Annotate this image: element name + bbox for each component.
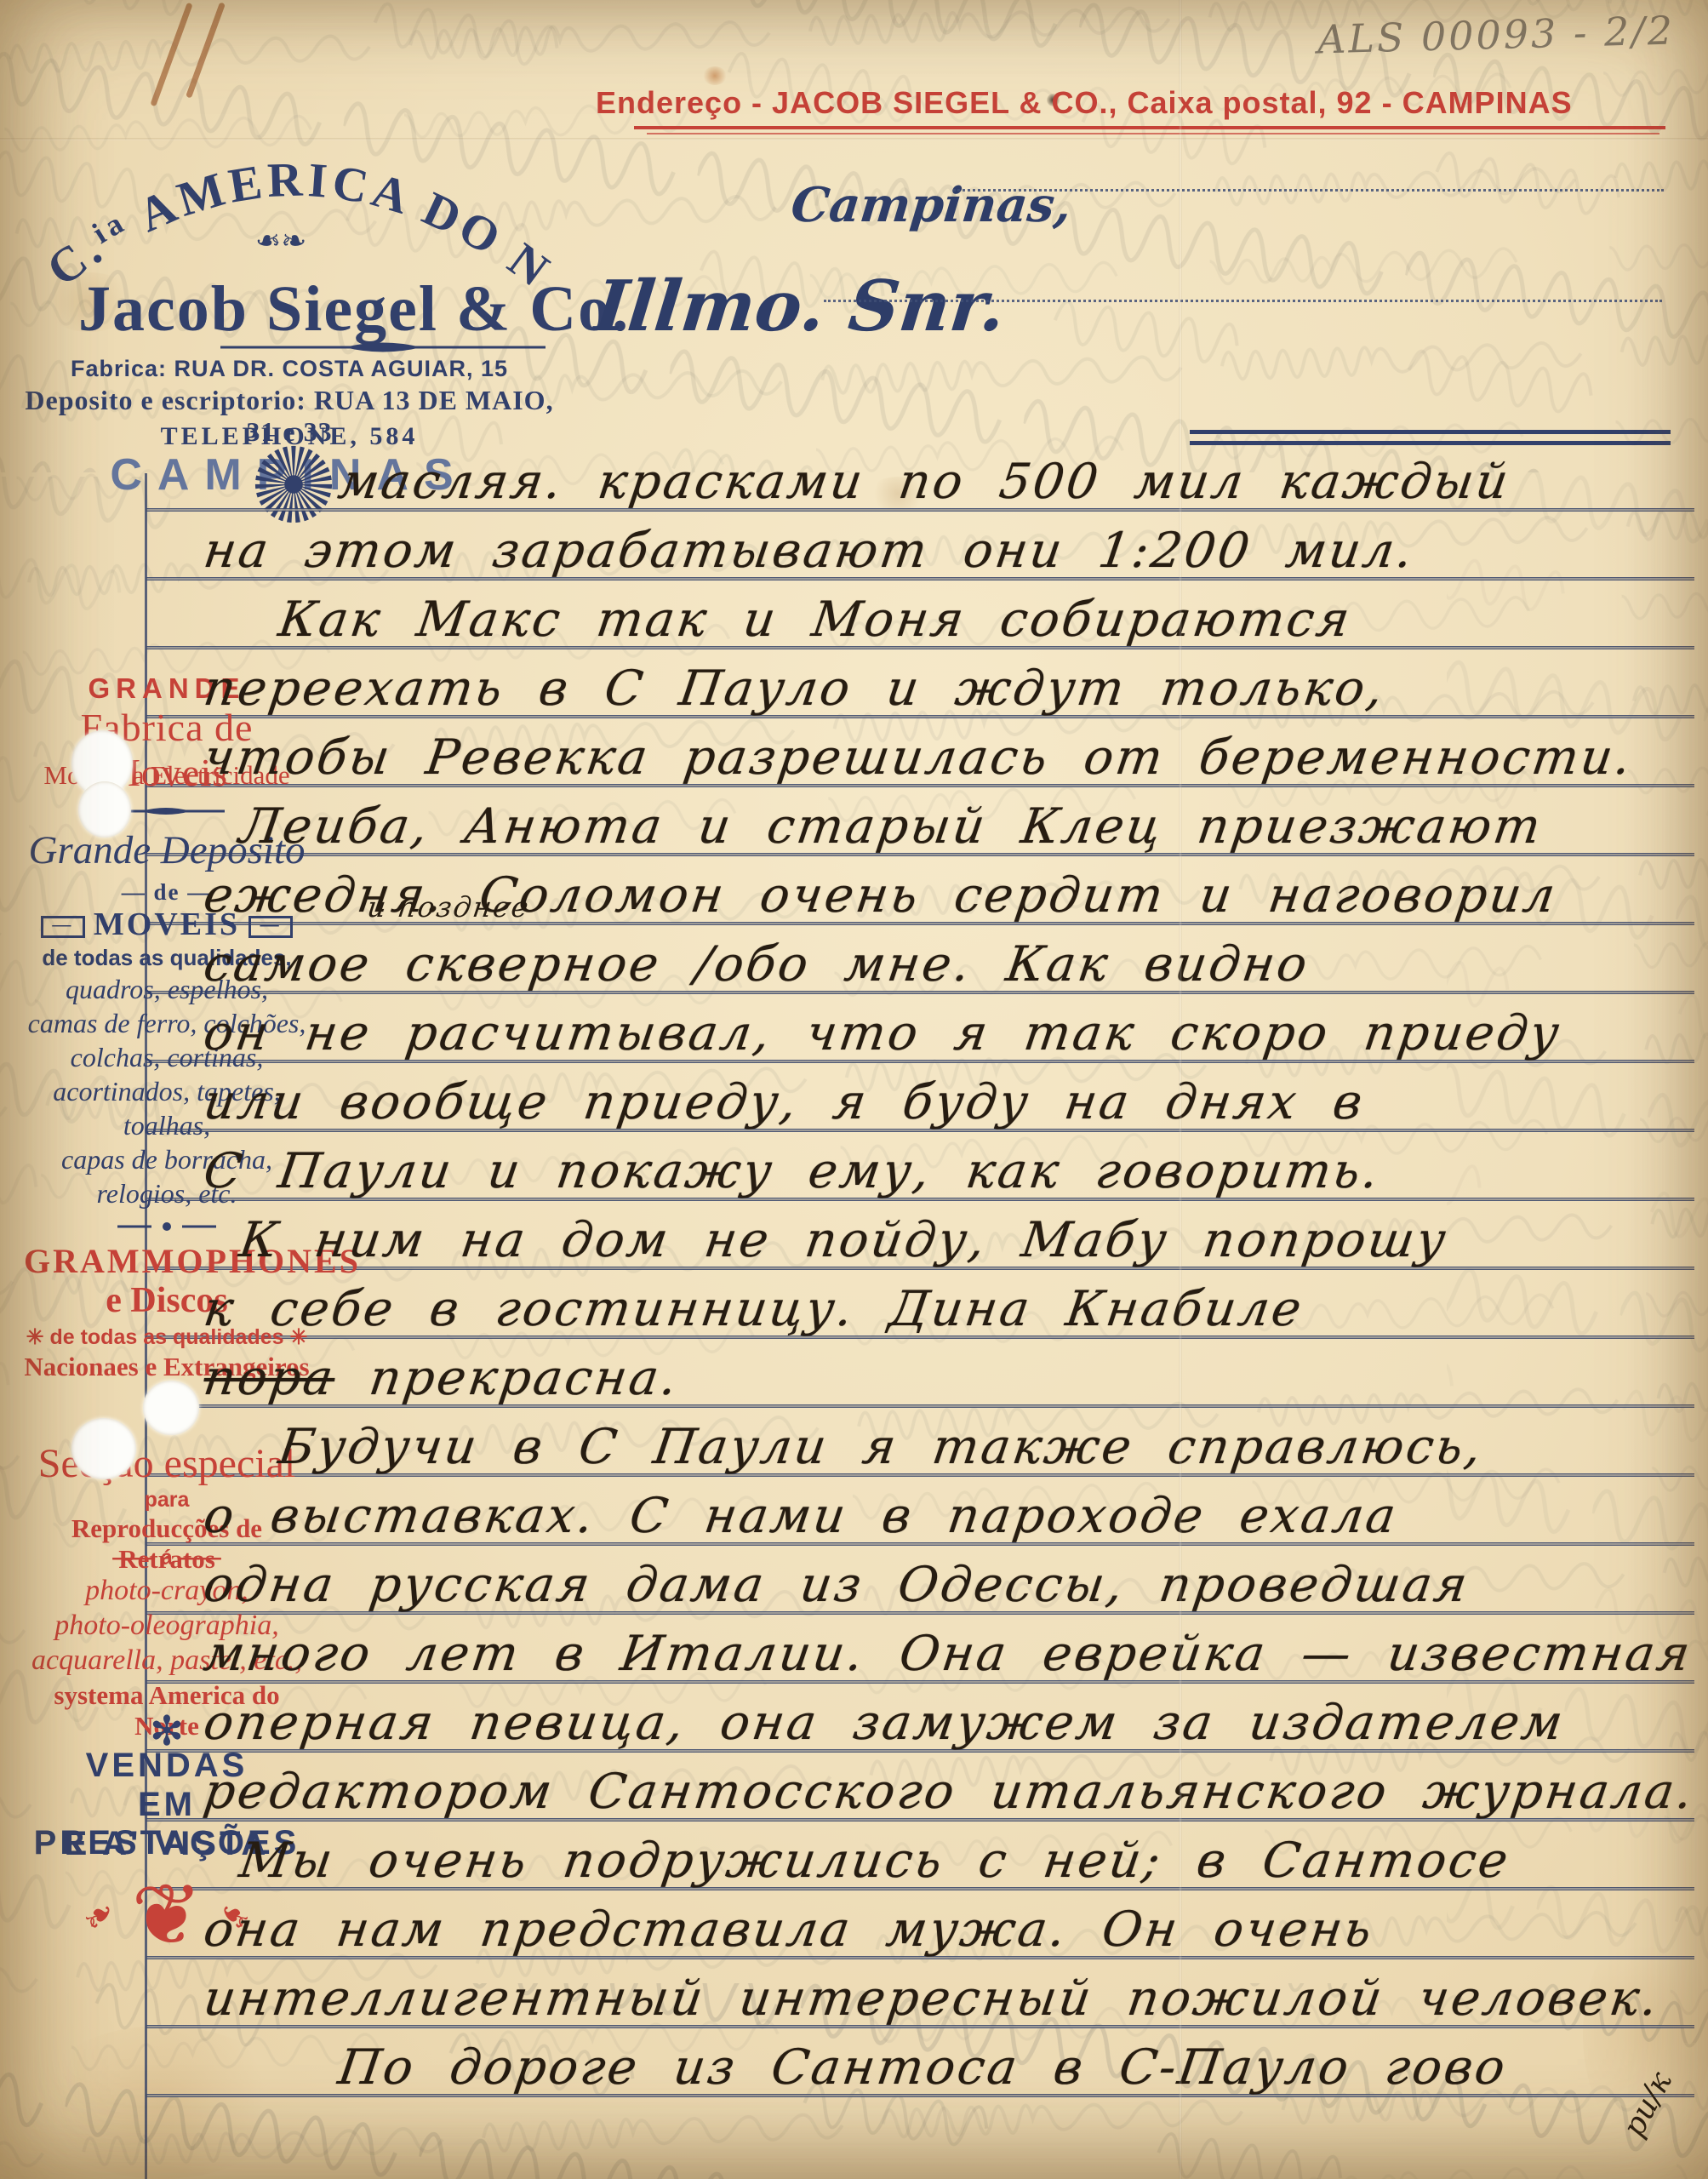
- sidebar-grande: GRANDE: [24, 672, 310, 705]
- sidebar-list-item: camas de ferro, colchões,: [24, 1008, 310, 1039]
- fleuron-left: ❧: [255, 226, 281, 257]
- sidebar-nacionaes: Nacionaes e Extrangeiros: [24, 1352, 310, 1382]
- svg-text:C.ia AMERICA DO NORTE: C.ia AMERICA DO NORTE: [43, 95, 553, 300]
- address-underline: [634, 126, 1665, 129]
- letter-line: на этом зарабатывают они 1:200 мил.: [200, 523, 1418, 579]
- letter-line: К ним на дом не пойду, Мабу попрошу: [236, 1212, 1451, 1268]
- letter-line: переехать в С Пауло и ждут только,: [200, 661, 1389, 717]
- age-stain: [868, 477, 928, 511]
- letter-line: оперная певица, она замужем за издателем: [200, 1695, 1568, 1751]
- letter-line: много лет в Италии. Она еврейка — извест…: [200, 1626, 1695, 1682]
- letter-line: С Паули и покажу ему, как говорить.: [200, 1143, 1384, 1199]
- catalog-annotation: ALS 00093 - 2/2: [1317, 8, 1675, 63]
- box-ornament-right: —: [248, 916, 293, 938]
- age-stain: [703, 66, 727, 85]
- floral-curl-left: ❧: [76, 1892, 124, 1941]
- sidebar-grande-deposito: Grande Deposito: [24, 827, 310, 873]
- sidebar-e-discos: e Discos: [24, 1280, 310, 1321]
- sidebar-de: — de —: [24, 879, 310, 906]
- salutation-dotted-line: [824, 300, 1662, 302]
- hole-punch: [71, 1418, 136, 1479]
- letter-line: или вообще приеду, я буду на днях в: [200, 1074, 1368, 1130]
- catchword-mark: ри/к: [1616, 2067, 1679, 2143]
- letter-line: По дороге из Сантоса в С-Пауло гово: [334, 2039, 1511, 2096]
- interline-insertion: и позднее: [365, 890, 532, 924]
- letter-line: интеллигентный интересный пожилой челове…: [200, 1970, 1663, 2027]
- letter-line: она нам представила мужа. Он очень: [200, 1902, 1377, 1958]
- sidebar-discos-qualidades: ✳ de todas as qualidades ✳: [24, 1324, 310, 1350]
- age-stain: [34, 2026, 289, 2179]
- sidebar-a-label: —— á ——: [24, 1546, 310, 1570]
- letter-line: самое скверное /обо мне. Как видно: [200, 936, 1312, 992]
- box-ornament-left: —: [41, 916, 85, 938]
- top-double-rule: [1190, 430, 1671, 445]
- sidebar-grammophones: GRAMMOPHONES: [24, 1241, 310, 1281]
- company-name: Jacob Siegel & Co.: [78, 272, 630, 346]
- sidebar-photo-item: photo-oleographia,: [24, 1610, 310, 1642]
- sidebar-moveis-label: MOVEIS: [94, 906, 240, 942]
- sidebar-movida-electricidade: Movida a Electricidade: [24, 760, 310, 791]
- sunburst-ornament: [252, 443, 335, 526]
- sidebar-list-item: quadros, espelhos,: [24, 974, 310, 1005]
- letter-line: к себе в гостинницу. Дина Кнабиле: [200, 1281, 1307, 1337]
- hole-punch: [143, 1381, 199, 1435]
- sidebar-para: para: [24, 1488, 310, 1513]
- sidebar-moveis: —MOVEIS—: [24, 906, 310, 943]
- asterisk-ornament: ✻: [24, 1711, 310, 1752]
- sidebar-list-item: relogios, etc.: [24, 1178, 310, 1210]
- letter-page: ALS 00093 - 2/2 Endereço - JACOB SIEGEL …: [0, 0, 1708, 2179]
- sidebar-vendas-vista: E A' VISTA: [24, 1825, 310, 1863]
- sidebar-photo-item: acquarella, pastel, etc.,: [24, 1644, 310, 1677]
- sidebar-list-item: capas de borracha,: [24, 1144, 310, 1175]
- letter-line: редактором Сантосского итальянского журн…: [200, 1764, 1698, 1820]
- sidebar-qualidades: de todas as qualidades,: [24, 945, 310, 971]
- sidebar-list-item: acortinados, tapetes,: [24, 1076, 310, 1107]
- fabrica-line: Fabrica: RUA DR. COSTA AGUIAR, 15: [26, 356, 553, 382]
- sidebar-photo-item: photo-crayon,: [24, 1575, 310, 1607]
- fleuron-right: ❧: [281, 226, 306, 257]
- crease-mark: [186, 2, 226, 98]
- fleuron-ornament: ❧❧: [255, 226, 306, 257]
- letter-line: чтобы Ревекка разрешилась от беременност…: [200, 729, 1637, 786]
- floral-ornament: ❧❦❧: [24, 1873, 310, 1958]
- sidebar-seccao-especial: Secção especial: [24, 1440, 310, 1487]
- date-label: Campinas,: [789, 177, 1074, 233]
- letter-line: одна русская дама из Одессы, проведшая: [200, 1557, 1472, 1613]
- postal-address-line: Endereço - JACOB SIEGEL & CO., Caixa pos…: [596, 85, 1573, 121]
- letter-line: о выставках. С нами в пароходе ехала: [200, 1488, 1402, 1544]
- hole-punch: [78, 781, 131, 838]
- date-dotted-line: [953, 189, 1664, 192]
- address-underline-2: [647, 133, 1659, 134]
- letter-line: Будучи в С Паули я также справлюсь,: [275, 1419, 1487, 1475]
- ruled-lines: [146, 443, 1694, 2102]
- sidebar-vendas: VENDAS: [24, 1747, 310, 1785]
- salutation-label: Illmo. Snr.: [591, 266, 1009, 347]
- sidebar-list-item: toalhas,: [24, 1110, 310, 1141]
- letter-line: Мы очень подружились с ней; в Сантосе: [236, 1833, 1513, 1889]
- floral-heart: ❦: [131, 1873, 203, 1958]
- floral-curl-right: ❧: [209, 1892, 258, 1941]
- letter-line: он не расчитывал, что я так скоро приеду: [200, 1005, 1564, 1061]
- fold-crease-vertical: [1179, 0, 1182, 2179]
- letter-line: Леиба, Анюта и старый Клец приезжают: [236, 798, 1546, 855]
- divider-ornament: [24, 805, 310, 817]
- letter-line: Как Макс так и Моня собираются: [275, 592, 1355, 648]
- company-underline-flourish: [217, 340, 549, 352]
- sidebar-list-item: colchas, cortinas,: [24, 1042, 310, 1073]
- divider-dot-ornament: [24, 1221, 310, 1232]
